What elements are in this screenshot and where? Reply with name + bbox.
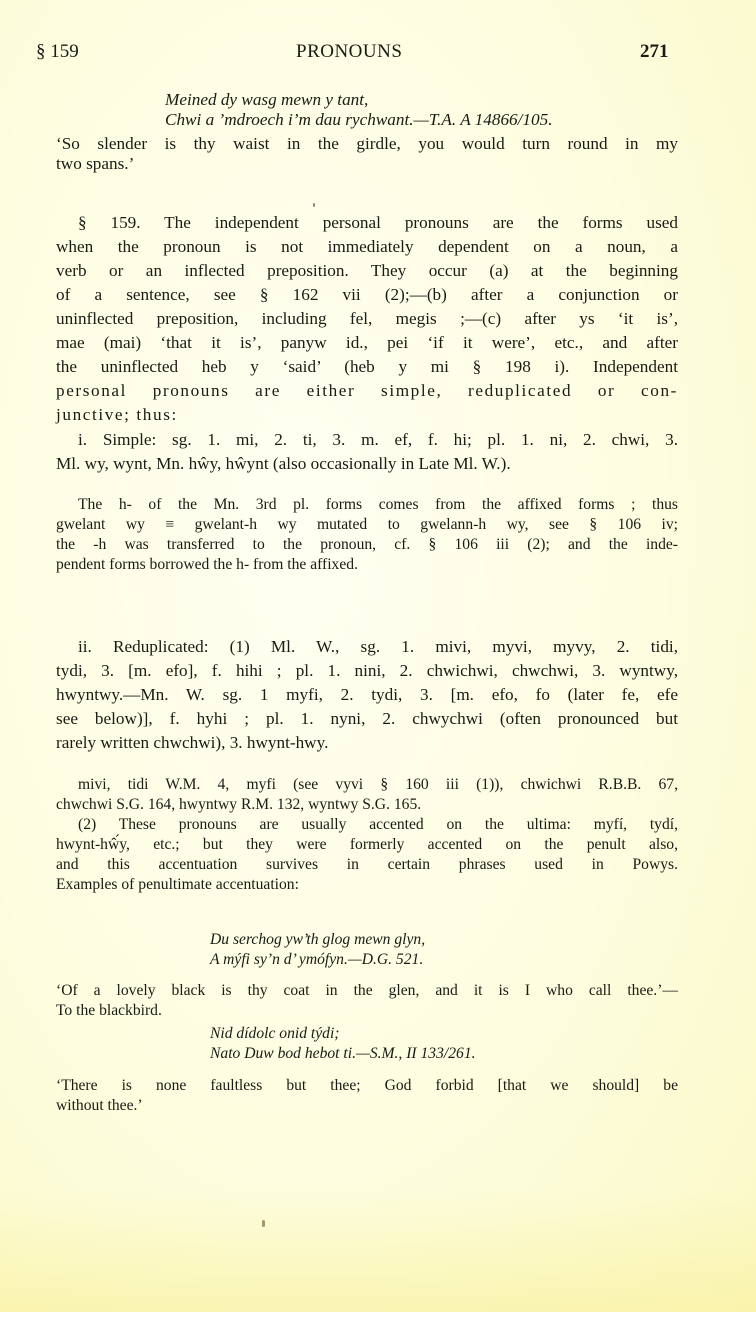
paragraph-line: the uninflected heb y ‘said’ (heb y mi §… [56, 357, 678, 377]
verse-line: Nato Duw bod hebot ti.—S.M., II 133/261. [210, 1044, 476, 1063]
paragraph-line: uninflected preposition, including fel, … [56, 309, 678, 329]
paragraph-line: verb or an inflected preposition. They o… [56, 261, 678, 281]
translation-line: To the blackbird. [56, 1001, 162, 1020]
paragraph-line: rarely written chwchwi), 3. hwynt-hwy. [56, 733, 328, 753]
note-line: (2) These pronouns are usually accented … [78, 815, 678, 834]
paragraph-line: when the pronoun is not immediately depe… [56, 237, 678, 257]
note-line: and this accentuation survives in certai… [56, 855, 678, 874]
paragraph-line: of a sentence, see § 162 vii (2);—(b) af… [56, 285, 678, 305]
verse-line: A mýfi sy’n d’ ymófyn.—D.G. 521. [210, 950, 423, 969]
note-line: The h- of the Mn. 3rd pl. forms comes fr… [78, 495, 678, 514]
note-line: the -h was transferred to the pronoun, c… [56, 535, 678, 554]
paragraph-line: ii. Reduplicated: (1) Ml. W., sg. 1. miv… [78, 637, 678, 657]
paragraph-line: tydi, 3. [m. efo], f. hihi ; pl. 1. nini… [56, 661, 678, 681]
note-line: hwynt-hŵ́y, etc.; but they were formerly… [56, 835, 678, 854]
header-section-ref: § 159 [36, 42, 79, 62]
note-line: gwelant wy ≡ gwelant-h wy mutated to gwe… [56, 515, 678, 534]
translation-line: two spans.’ [56, 154, 134, 174]
translation-line: ‘Of a lovely black is thy coat in the gl… [56, 981, 678, 1000]
verse-line: Chwi a ’mdroech i’m dau rychwant.—T.A. A… [165, 110, 553, 130]
translation-line: without thee.’ [56, 1096, 143, 1115]
running-title: PRONOUNS [296, 42, 402, 62]
paper-speck [313, 203, 315, 207]
paragraph-line: i. Simple: sg. 1. mi, 2. ti, 3. m. ef, f… [78, 430, 678, 450]
note-line: chwchwi S.G. 164, hwyntwy R.M. 132, wynt… [56, 795, 421, 814]
note-line: pendent forms borrowed the h- from the a… [56, 555, 358, 574]
paper-speck [262, 1220, 265, 1227]
paragraph-line: mae (mai) ‘that it is’, panyw id., pei ‘… [56, 333, 678, 353]
paragraph-line: hwyntwy.—Mn. W. sg. 1 myfi, 2. tydi, 3. … [56, 685, 678, 705]
paragraph-line: junctive; thus: [56, 405, 178, 425]
verse-line: Meined dy wasg mewn y tant, [165, 90, 368, 110]
paragraph-line: personal pronouns are either simple, red… [56, 381, 678, 401]
translation-line: ‘So slender is thy waist in the girdle, … [56, 134, 678, 154]
note-line: Examples of penultimate accentuation: [56, 875, 299, 894]
verse-line: Du serchog yw’th glog mewn glyn, [210, 930, 425, 949]
verse-line: Nid dídolc onid týdi; [210, 1024, 340, 1043]
note-line: mivi, tidi W.M. 4, myfi (see vyvi § 160 … [78, 775, 678, 794]
paragraph-line: § 159. The independent personal pronouns… [78, 213, 678, 233]
paragraph-line: Ml. wy, wynt, Mn. hŵy, hŵynt (also occas… [56, 454, 511, 474]
page-number: 271 [640, 42, 669, 62]
book-page: § 159 PRONOUNS 271 Meined dy wasg mewn y… [0, 0, 756, 1312]
translation-line: ‘There is none faultless but thee; God f… [56, 1076, 678, 1095]
paragraph-line: see below)], f. hyhi ; pl. 1. nyni, 2. c… [56, 709, 678, 729]
